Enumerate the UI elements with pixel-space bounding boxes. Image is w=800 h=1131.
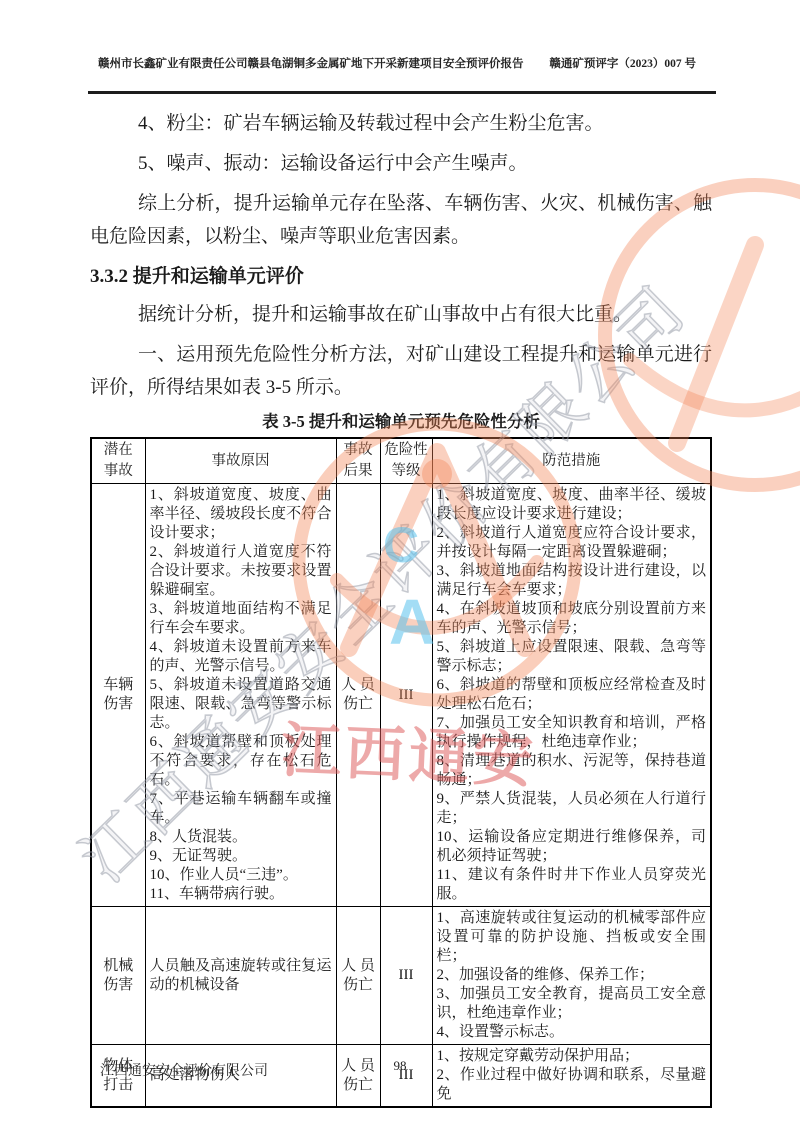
paragraph: 4、粉尘：矿岩车辆运输及转载过程中会产生粉尘危害。 bbox=[90, 107, 712, 140]
column-header-measures: 防范措施 bbox=[432, 438, 711, 484]
risk-level-cell: III bbox=[380, 484, 432, 907]
page-content: 4、粉尘：矿岩车辆运输及转载过程中会产生粉尘危害。 5、噪声、振动：运输设备运行… bbox=[90, 107, 712, 1108]
table-row: 车辆 伤害 1、斜坡道宽度、坡度、曲率半径、缓坡段长度不符合设计要求； 2、斜坡… bbox=[91, 484, 711, 907]
footer-company-name: 江西通安安全评价有限公司 bbox=[100, 1060, 268, 1080]
paragraph: 综上分析，提升运输单元存在坠落、车辆伤害、火灾、机械伤害、触电危险因素，以粉尘、… bbox=[90, 187, 712, 253]
measures-cell: 1、按规定穿戴劳动保护用品； 2、作业过程中做好协调和联系，尽量避免 bbox=[432, 1045, 711, 1108]
page-number: 98 bbox=[394, 1058, 407, 1074]
section-heading: 3.3.2 提升和运输单元评价 bbox=[90, 260, 712, 293]
risk-level-cell: III bbox=[380, 1045, 432, 1108]
table-header-row: 潜在 事故 事故原因 事故 后果 危险性 等级 防范措施 bbox=[91, 438, 711, 484]
hazard-analysis-table: 潜在 事故 事故原因 事故 后果 危险性 等级 防范措施 车辆 伤害 1、斜坡道… bbox=[90, 437, 712, 1108]
hazard-cell: 车辆 伤害 bbox=[91, 484, 145, 907]
paragraph: 据统计分析，提升和运输事故在矿山事故中占有很大比重。 bbox=[90, 298, 712, 331]
document-page: 赣州市长鑫矿业有限责任公司赣县龟湖铜多金属矿地下开采新建项目安全预评价报告 赣通… bbox=[0, 0, 800, 1131]
table-caption: 表 3-5 提升和运输单元预先危险性分析 bbox=[90, 411, 712, 433]
consequence-cell: 人 员 伤亡 bbox=[336, 907, 380, 1045]
header-doc-number: 赣通矿预评字（2023）007 号 bbox=[549, 55, 696, 71]
hazard-cell: 机械 伤害 bbox=[91, 907, 145, 1045]
header-report-title: 赣州市长鑫矿业有限责任公司赣县龟湖铜多金属矿地下开采新建项目安全预评价报告 bbox=[98, 55, 524, 71]
column-header-potential-accident: 潜在 事故 bbox=[91, 438, 145, 484]
page-header: 赣州市长鑫矿业有限责任公司赣县龟湖铜多金属矿地下开采新建项目安全预评价报告 赣通… bbox=[98, 55, 696, 71]
header-divider bbox=[88, 91, 716, 94]
paragraph: 一、运用预先危险性分析方法，对矿山建设工程提升和运输单元进行评价，所得结果如表 … bbox=[90, 338, 712, 404]
consequence-cell: 人 员 伤亡 bbox=[336, 484, 380, 907]
paragraph: 5、噪声、振动：运输设备运行中会产生噪声。 bbox=[90, 147, 712, 180]
risk-level-cell: III bbox=[380, 907, 432, 1045]
cause-cell: 人员触及高速旋转或往复运动的机械设备 bbox=[145, 907, 336, 1045]
consequence-cell: 人 员 伤亡 bbox=[336, 1045, 380, 1108]
measures-cell: 1、斜坡道宽度、坡度、曲率半径、缓坡段长度应设计要求进行建设； 2、斜坡道行人道… bbox=[432, 484, 711, 907]
table-row: 机械 伤害 人员触及高速旋转或往复运动的机械设备 人 员 伤亡 III 1、高速… bbox=[91, 907, 711, 1045]
measures-cell: 1、高速旋转或往复运动的机械零部件应设置可靠的防护设施、挡板或安全围栏； 2、加… bbox=[432, 907, 711, 1045]
cause-cell: 1、斜坡道宽度、坡度、曲率半径、缓坡段长度不符合设计要求； 2、斜坡道行人道宽度… bbox=[145, 484, 336, 907]
column-header-consequence: 事故 后果 bbox=[336, 438, 380, 484]
column-header-cause: 事故原因 bbox=[145, 438, 336, 484]
column-header-risk-level: 危险性 等级 bbox=[380, 438, 432, 484]
